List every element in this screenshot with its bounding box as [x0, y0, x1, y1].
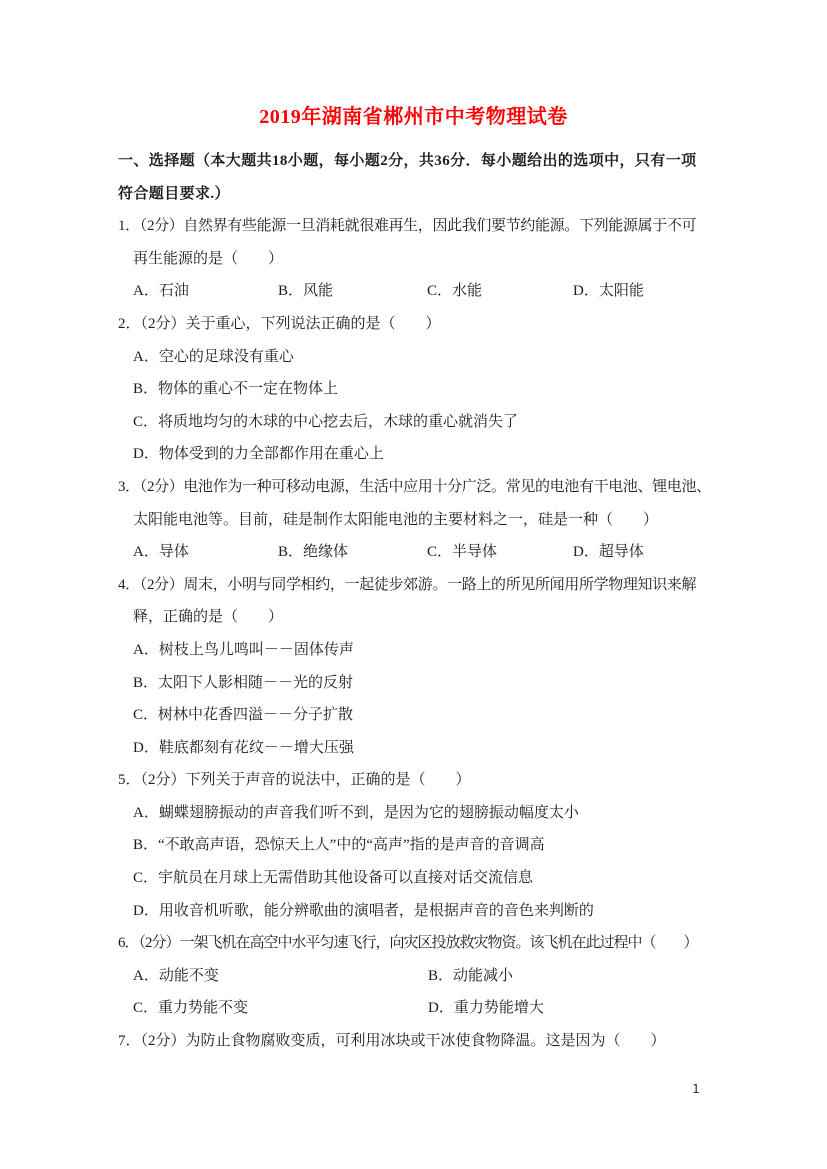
question-1-text-line-2: 再生能源的是（ ）: [118, 243, 709, 276]
question-1-option-b: B．风能: [278, 275, 427, 308]
question-2-option-a: A．空心的足球没有重心: [118, 341, 709, 374]
question-2-options-list: A．空心的足球没有重心 B．物体的重心不一定在物体上 C．将质地均匀的木球的中心…: [118, 341, 709, 471]
page-title: 2019年湖南省郴州市中考物理试卷: [0, 0, 827, 132]
question-6-option-c: C．重力势能不变: [133, 992, 428, 1025]
question-4-option-c: C．树林中花香四溢－－分子扩散: [118, 699, 709, 732]
question-3-option-d: D．超导体: [573, 536, 709, 569]
exam-page: 2019年湖南省郴州市中考物理试卷 一、选择题（本大题共18小题，每小题2分，共…: [0, 0, 827, 1169]
question-1-option-a: A．石油: [133, 275, 278, 308]
question-5-text-line-1: 5．（2分）下列关于声音的说法中，正确的是（ ）: [118, 764, 709, 797]
question-1-text-line-1: 1．（2分）自然界有些能源一旦消耗就很难再生，因此我们要节约能源。下列能源属于不…: [118, 210, 709, 243]
question-3-text-line-1: 3．（2分）电池作为一种可移动电源，生活中应用十分广泛。常见的电池有干电池、锂电…: [118, 471, 709, 504]
exam-body: 一、选择题（本大题共18小题，每小题2分，共36分．每小题给出的选项中，只有一项…: [0, 145, 827, 1058]
question-5-option-d: D．用收音机听歌，能分辨歌曲的演唱者，是根据声音的音色来判断的: [118, 895, 709, 928]
question-4-text-line-2: 释，正确的是（ ）: [118, 601, 709, 634]
question-5-option-a: A．蝴蝶翅膀振动的声音我们听不到，是因为它的翅膀振动幅度太小: [118, 797, 709, 830]
question-3-text-line-2: 太阳能电池等。目前，硅是制作太阳能电池的主要材料之一，硅是一种（ ）: [118, 504, 709, 537]
question-3-option-c: C．半导体: [427, 536, 573, 569]
question-4-option-b: B．太阳下人影相随－－光的反射: [118, 667, 709, 700]
question-6-option-b: B．动能减小: [428, 960, 709, 993]
question-1-options-row: A．石油 B．风能 C．水能 D．太阳能: [118, 275, 709, 308]
question-6-options-grid: A．动能不变 B．动能减小 C．重力势能不变 D．重力势能增大: [118, 960, 709, 1025]
question-3-options-row: A．导体 B．绝缘体 C．半导体 D．超导体: [118, 536, 709, 569]
question-6-option-a: A．动能不变: [133, 960, 428, 993]
question-1-option-d: D．太阳能: [573, 275, 709, 308]
question-4-options-list: A．树枝上鸟儿鸣叫－－固体传声 B．太阳下人影相随－－光的反射 C．树林中花香四…: [118, 634, 709, 764]
question-4-text-line-1: 4．（2分）周末，小明与同学相约，一起徒步郊游。一路上的所见所闻用所学物理知识来…: [118, 569, 709, 602]
question-2-option-b: B．物体的重心不一定在物体上: [118, 373, 709, 406]
section-header-line-1: 一、选择题（本大题共18小题，每小题2分，共36分．每小题给出的选项中，只有一项: [118, 145, 709, 178]
question-2-option-d: D．物体受到的力全部都作用在重心上: [118, 438, 709, 471]
question-4-option-a: A．树枝上鸟儿鸣叫－－固体传声: [118, 634, 709, 667]
question-2-text-line-1: 2．（2分）关于重心，下列说法正确的是（ ）: [118, 308, 709, 341]
question-2-option-c: C．将质地均匀的木球的中心挖去后，木球的重心就消失了: [118, 406, 709, 439]
question-3-option-b: B．绝缘体: [278, 536, 427, 569]
question-5-option-b: B．“不敢高声语，恐惊天上人”中的“高声”指的是声音的音调高: [118, 829, 709, 862]
question-6-option-d: D．重力势能增大: [428, 992, 709, 1025]
question-3-option-a: A．导体: [133, 536, 278, 569]
question-1-option-c: C．水能: [427, 275, 573, 308]
question-4-option-d: D．鞋底都刻有花纹－－增大压强: [118, 732, 709, 765]
question-5-option-c: C．宇航员在月球上无需借助其他设备可以直接对话交流信息: [118, 862, 709, 895]
page-number: 1: [692, 1080, 700, 1098]
question-5-options-list: A．蝴蝶翅膀振动的声音我们听不到，是因为它的翅膀振动幅度太小 B．“不敢高声语，…: [118, 797, 709, 927]
question-6-text-line-1: 6．（2分）一架飞机在高空中水平匀速飞行，向灾区投放救灾物资。该飞机在此过程中（…: [118, 927, 709, 960]
section-header-line-2: 符合题目要求.）: [118, 178, 709, 211]
question-7-text-line-1: 7．（2分）为防止食物腐败变质，可利用冰块或干冰使食物降温。这是因为（ ）: [118, 1025, 709, 1058]
